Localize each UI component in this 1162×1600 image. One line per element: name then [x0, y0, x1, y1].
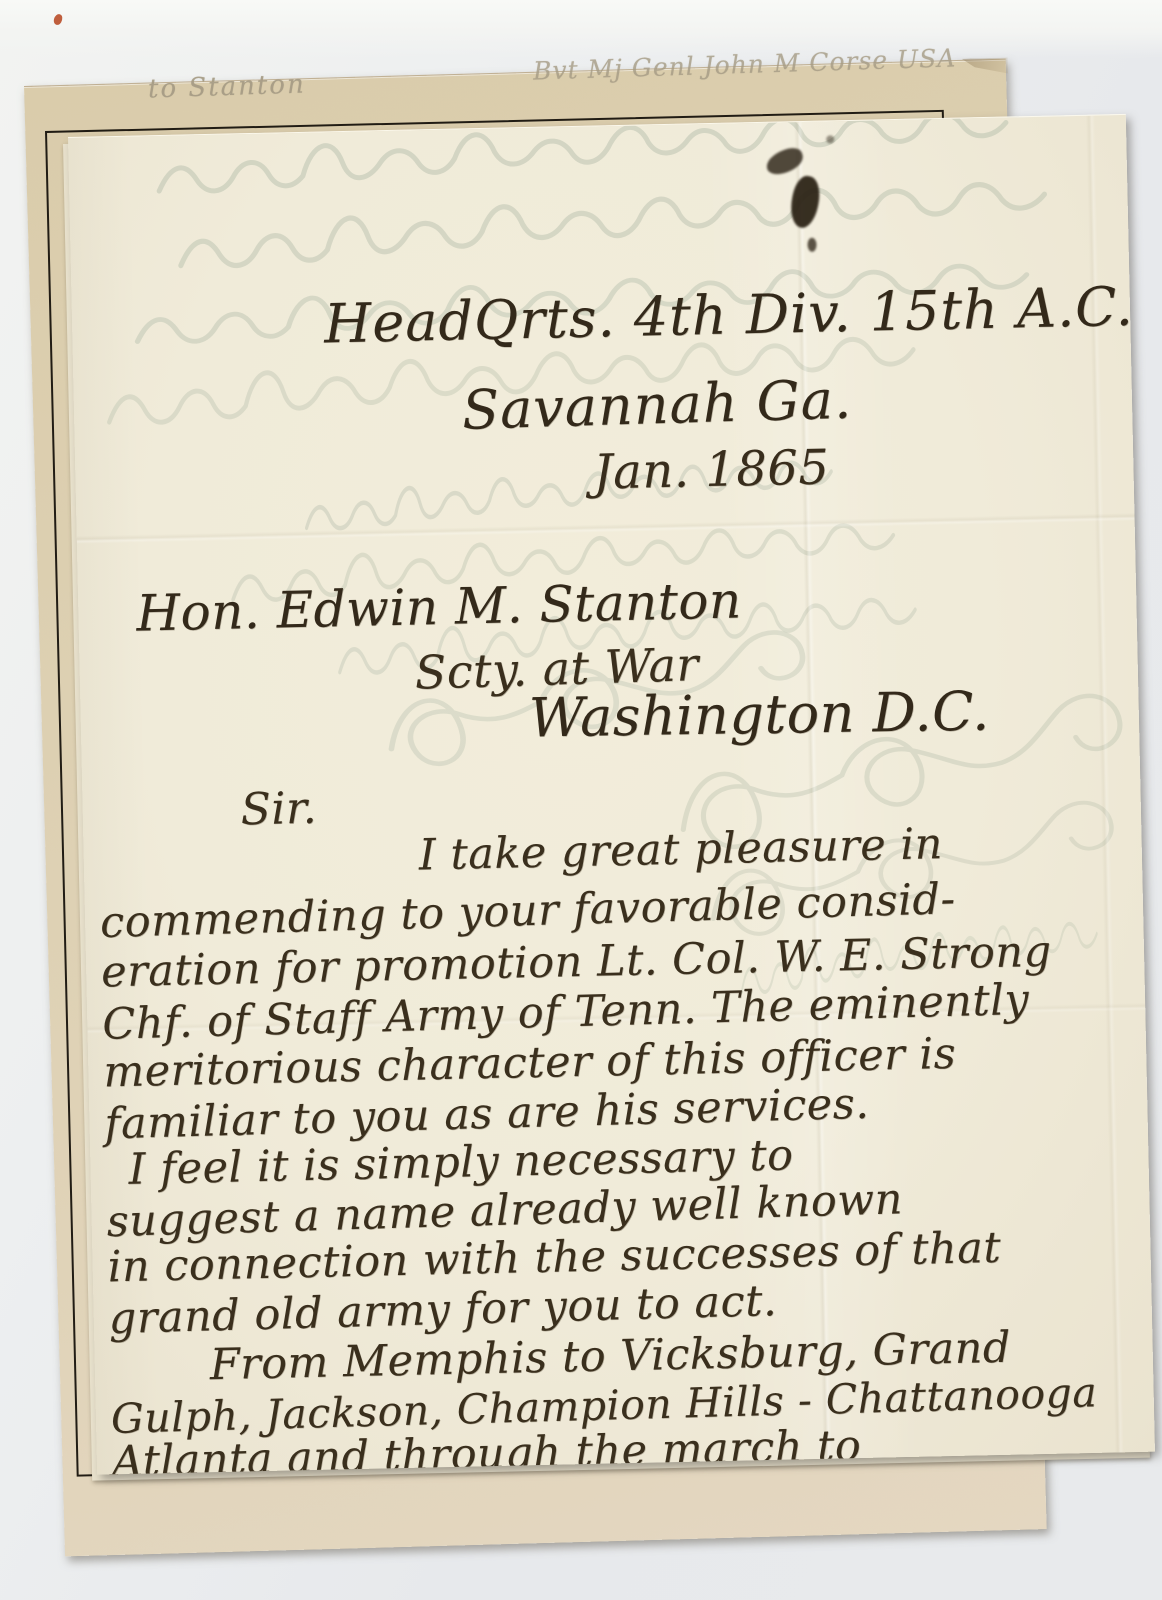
- letter-recipient-city: Washington D.C.: [528, 680, 990, 750]
- letter-heading-date: Jan. 1865: [593, 439, 830, 500]
- ink-blot: [807, 238, 816, 252]
- mount-annotation-left: to Stanton: [148, 70, 307, 105]
- letter-sheet: HeadQrts. 4th Div. 15th A.C. Savannah Ga…: [68, 114, 1155, 1475]
- scanned-letter-photo: to Stanton Bvt Mj Genl John M Corse USA: [0, 0, 1162, 1600]
- letter-heading-place: Savannah Ga.: [461, 368, 853, 442]
- mount-corner-damage: [962, 58, 1008, 75]
- scan-background-highlight: [0, 0, 1162, 58]
- letter-salutation: Sir.: [240, 783, 318, 836]
